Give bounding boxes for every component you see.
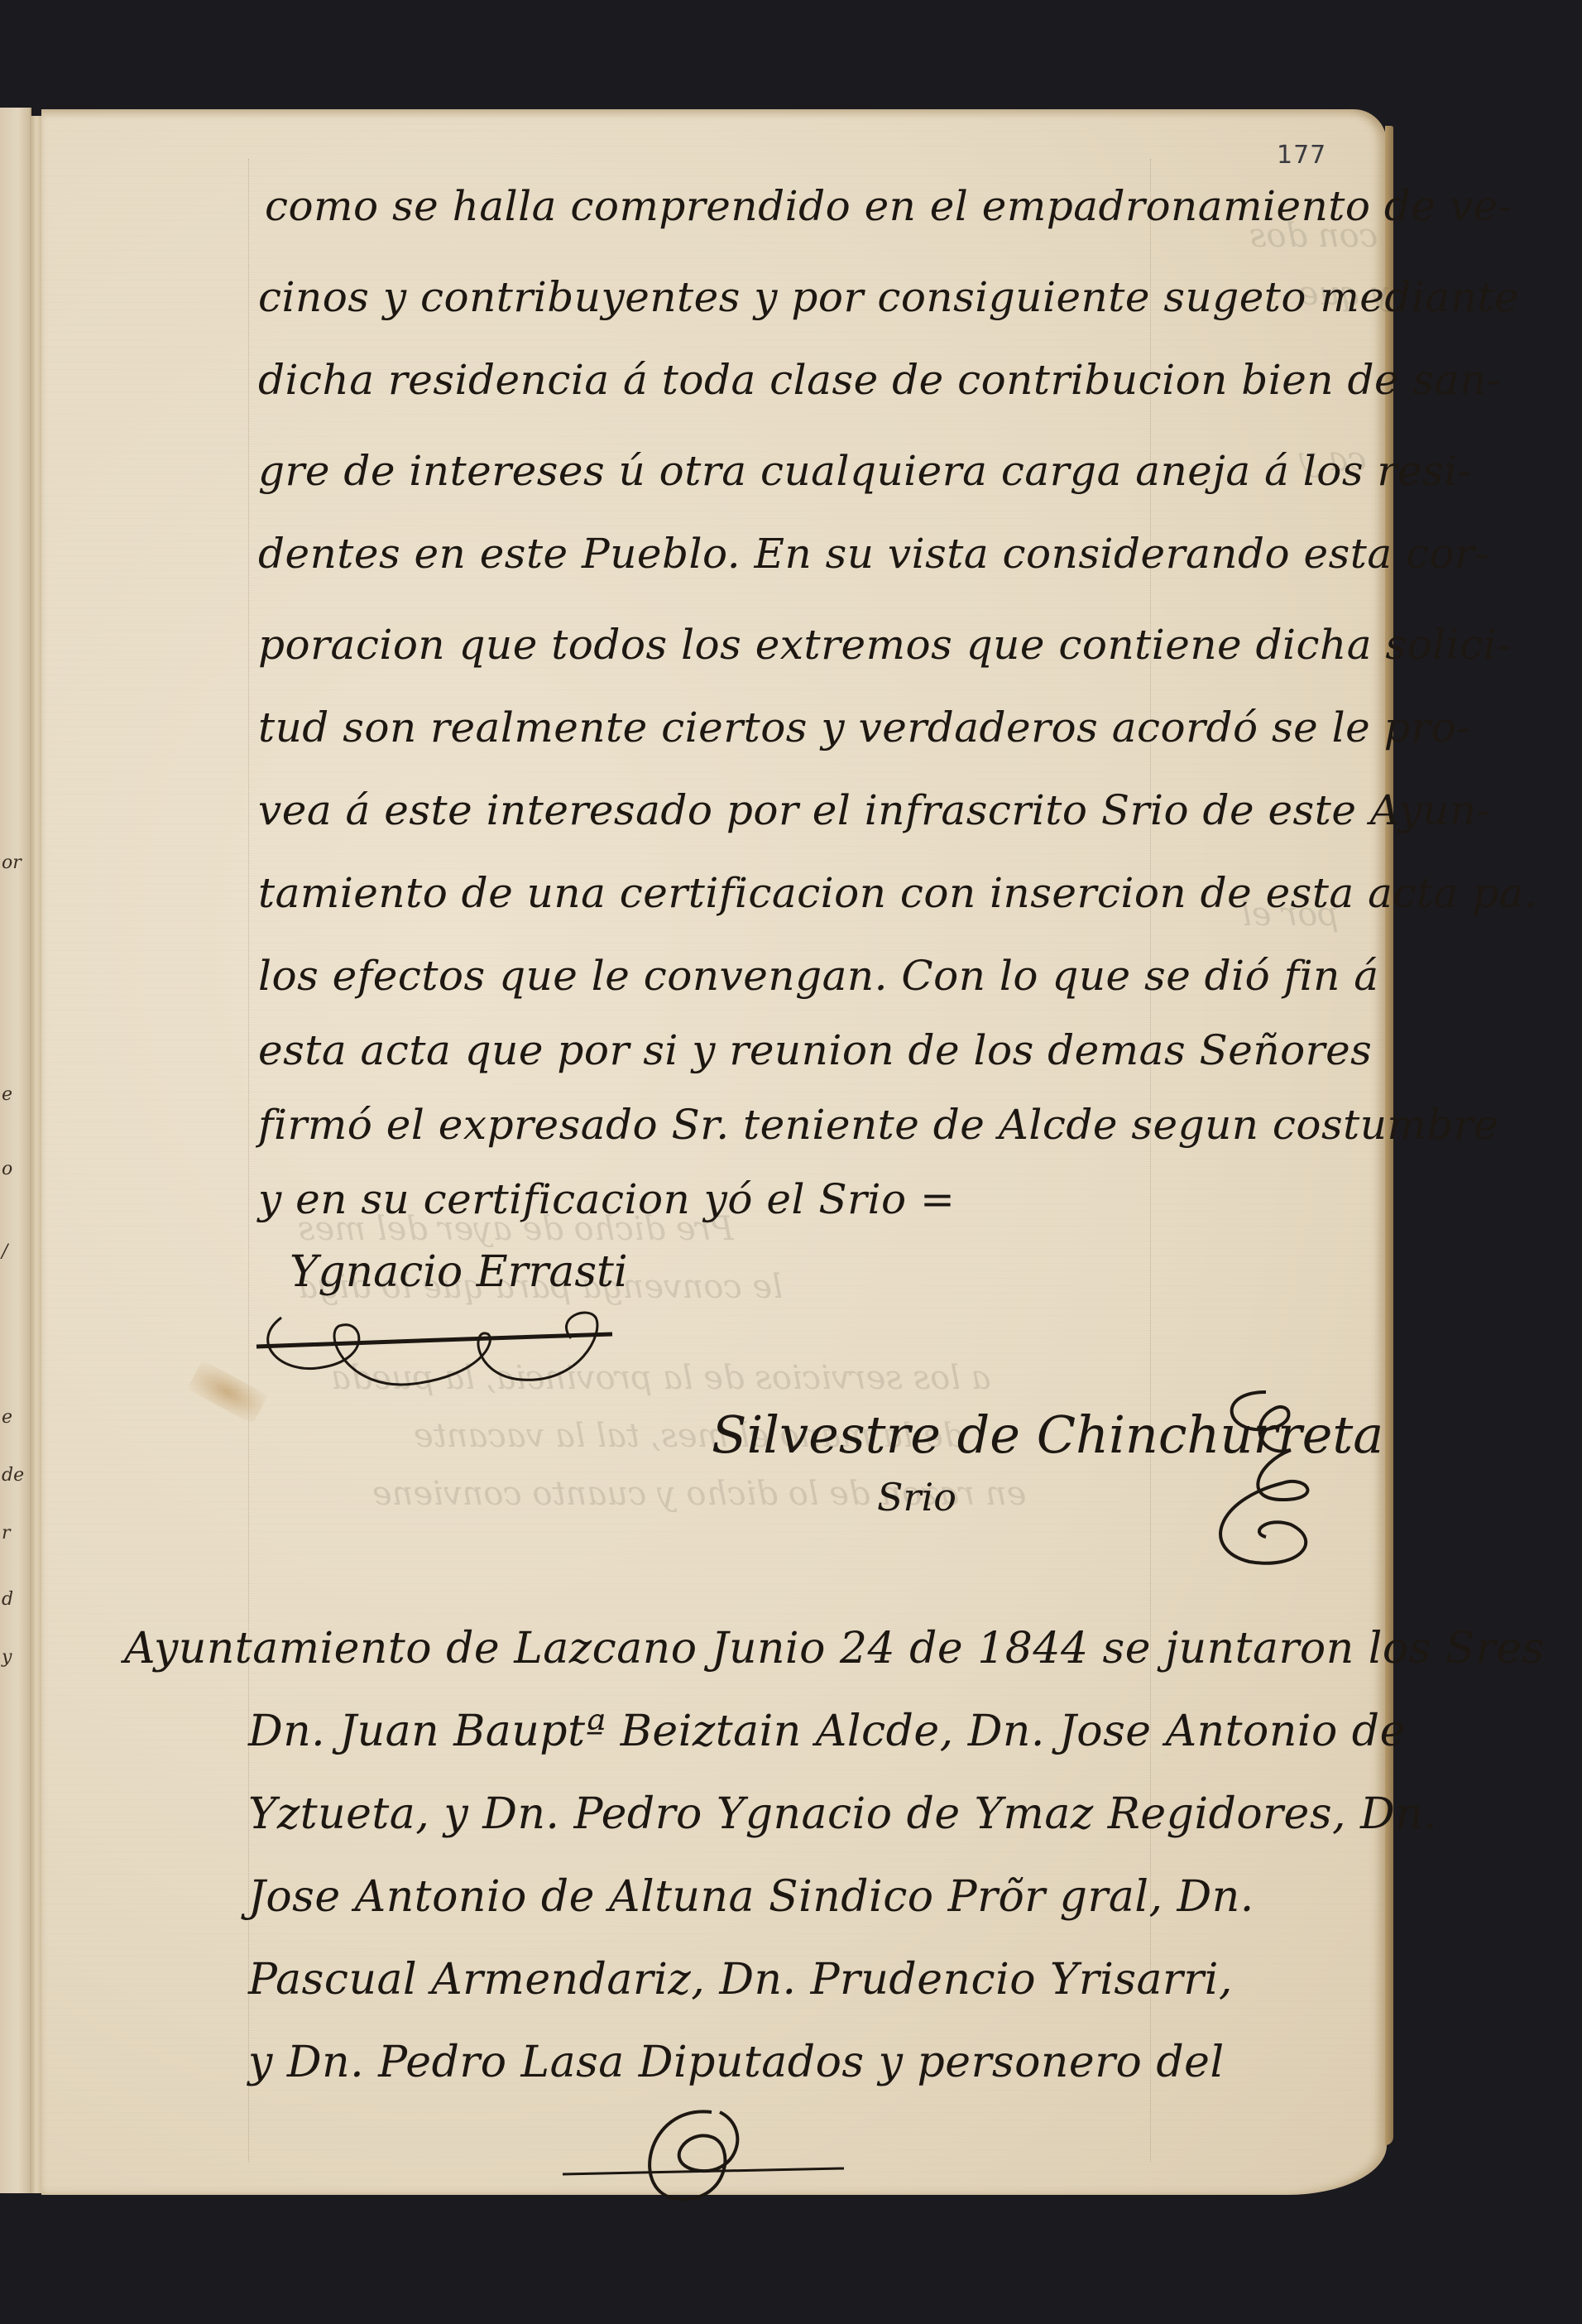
- text-line: tamiento de una certificacion con inserc…: [258, 869, 1537, 917]
- text-line: dicha residencia á toda clase de contrib…: [258, 356, 1501, 404]
- prev-page-fragment: or: [2, 852, 22, 873]
- paper-stain: [187, 1360, 268, 1424]
- prev-page-fragment: y: [2, 1647, 12, 1668]
- text-line: poracion que todos los extremos que cont…: [258, 621, 1512, 669]
- signature-silvestre-de-chinchurreta: Silvestre de Chinchurreta: [712, 1404, 1383, 1465]
- text-line: firmó el expresado Sr. teniente de Alcde…: [258, 1101, 1498, 1149]
- prev-page-fragment: o: [2, 1159, 12, 1179]
- signature-ygnacio-errasti: Ygnacio Errasti: [290, 1247, 628, 1297]
- text-line: y en su certificacion yó el Srio =: [258, 1175, 955, 1223]
- text-line: Dn. Juan Bauptª Beiztain Alcde, Dn. Jose…: [248, 1707, 1406, 1756]
- text-line: Pascual Armendariz, Dn. Prudencio Yrisar…: [248, 1955, 1233, 2005]
- folio-number: 177: [1277, 141, 1326, 170]
- text-line: gre de intereses ú otra cualquiera carga…: [258, 447, 1472, 495]
- prev-page-fragment: /: [2, 1241, 7, 1262]
- prev-page-fragment: de: [2, 1465, 24, 1486]
- prev-page-fragment: r: [2, 1523, 11, 1544]
- text-line: Jose Antonio de Altuna Sindico Prõr gral…: [248, 1872, 1254, 1922]
- manuscript-page: 177 con dos y que ca y por el Pre dicho …: [41, 109, 1387, 2195]
- previous-page-edge: or e o / e de r d y: [0, 108, 31, 2193]
- signature-title-srio: Srio: [877, 1475, 956, 1520]
- text-line: Ayuntamiento de Lazcano Junio 24 de 1844…: [124, 1624, 1545, 1673]
- text-line: dentes en este Pueblo. En su vista consi…: [258, 530, 1489, 578]
- text-line: y Dn. Pedro Lasa Diputados y personero d…: [248, 2038, 1225, 2087]
- text-line: Yztueta, y Dn. Pedro Ygnacio de Ymaz Reg…: [248, 1789, 1437, 1839]
- text-line: vea á este interesado por el infrascrito…: [258, 786, 1491, 834]
- prev-page-fragment: d: [2, 1589, 13, 1610]
- margin-rule: [248, 159, 249, 2162]
- text-line: los efectos que le convengan. Con lo que…: [258, 952, 1379, 1000]
- text-line: tud son realmente ciertos y verdaderos a…: [258, 703, 1471, 751]
- prev-page-fragment: e: [2, 1084, 12, 1105]
- text-line: cinos y contribuyentes y por consiguient…: [258, 273, 1519, 321]
- rubric-flourish-icon: [554, 2096, 852, 2211]
- text-line: esta acta que por si y reunion de los de…: [258, 1026, 1372, 1074]
- bleed-through-text: a los servicios de la provincia, la pued…: [331, 1359, 991, 1397]
- text-line: como se halla comprendido en el empadron…: [265, 182, 1512, 230]
- prev-page-fragment: e: [2, 1407, 12, 1428]
